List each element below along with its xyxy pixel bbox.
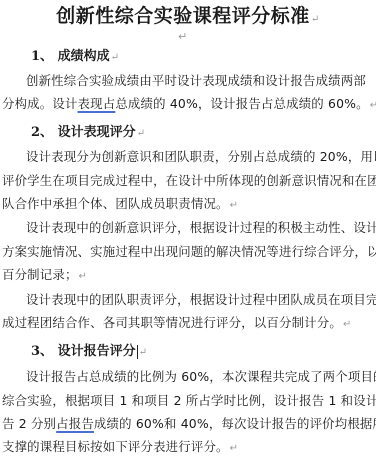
paragraph-mark-icon: ↵ xyxy=(230,200,239,211)
empty-paragraph-mark-icon: ↵ xyxy=(178,30,187,43)
body-line: 评价学生在项目完成过程中，在设计中所体现的创新意识情况和在团 xyxy=(2,173,376,189)
paragraph-mark-icon: ↵ xyxy=(311,14,320,25)
body-line: 成过程团结合作、各司其职等情况进行评分，以百分制计分。↵ xyxy=(2,315,352,333)
spellcheck-underline: 表现占 xyxy=(78,96,116,111)
section-heading-2: 2、 设计表现评分↵ xyxy=(31,124,145,143)
paragraph-mark-icon: ↵ xyxy=(343,319,352,330)
text-cursor xyxy=(137,345,138,359)
body-line: 设计表现中的创新意识评分，根据设计过程的积极主动性、设计 xyxy=(26,220,376,236)
section-heading-3: 3、 设计报告评分↵ xyxy=(31,343,147,362)
paragraph-mark-icon: ↵ xyxy=(230,443,239,454)
body-line: 方案实施情况、实施过程中出现问题的解决情况等进行综合评分，以 xyxy=(2,244,376,260)
body-line: 队合作中承担个体、团队成员职责情况。↵ xyxy=(2,196,238,214)
spellcheck-underline: 占报告 xyxy=(56,416,94,431)
body-line: 支撑的课程目标按如下评分表进行评分。↵ xyxy=(2,439,238,457)
paragraph-mark-icon: ↵ xyxy=(139,347,147,358)
section-heading-1: 1、 成绩构成↵ xyxy=(31,48,119,67)
body-line: 创新性综合实验成绩由平时设计表现成绩和设计报告成绩两部 xyxy=(26,73,366,89)
title-text: 创新性综合实验课程评分标准 xyxy=(56,5,310,27)
body-line-with-underline: 告 2 分别占报告成绩的 60%和 40%，每次设计报告的评价均根据所 xyxy=(2,416,376,432)
body-line: 设计表现中的团队职责评分，根据设计过程中团队成员在项目完 xyxy=(26,292,376,308)
paragraph-mark-icon: ↵ xyxy=(111,52,119,63)
body-line: 百分制记录；↵ xyxy=(2,267,87,285)
paragraph-mark-icon: ↵ xyxy=(370,100,376,111)
body-line-with-underline: 分构成。设计表现占总成绩的 40%，设计报告占总成绩的 60%。↵ xyxy=(2,96,376,114)
body-line: 设计报告占总成绩的比例为 60%，本次课程共完成了两个项目的 xyxy=(26,369,376,385)
body-line: 设计表现分为创新意识和团队职责，分别占总成绩的 20%，用以 xyxy=(26,149,376,165)
paragraph-mark-icon: ↵ xyxy=(79,271,88,282)
document-title: 创新性综合实验课程评分标准↵ xyxy=(0,4,376,32)
body-line: 综合实验，根据项目 1 和项目 2 所占学时比例，设计报告 1 和设计报 xyxy=(2,393,376,409)
paragraph-mark-icon: ↵ xyxy=(137,128,145,139)
